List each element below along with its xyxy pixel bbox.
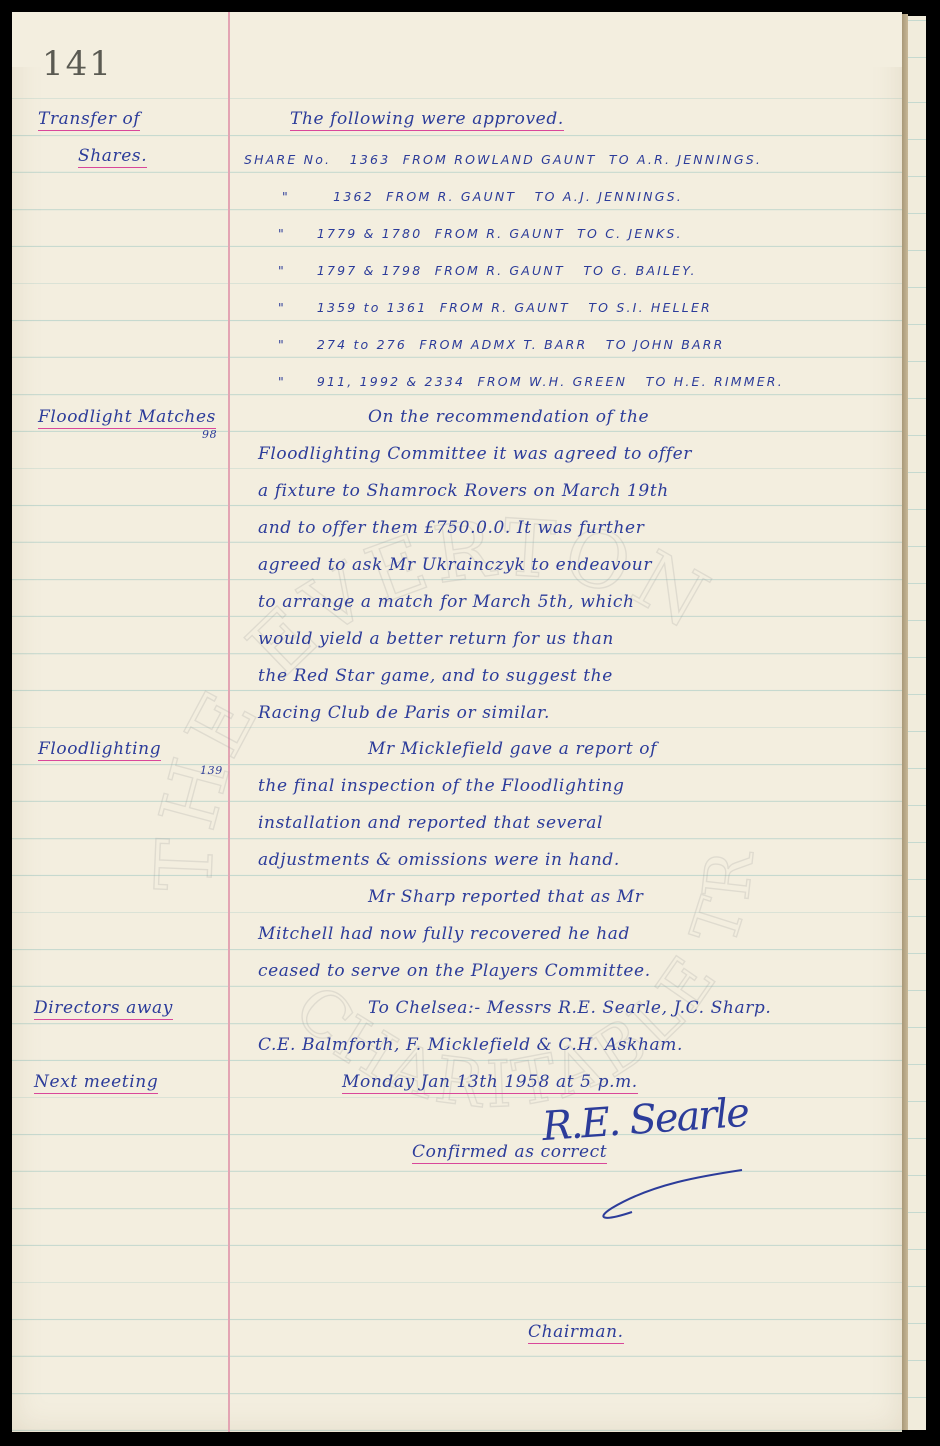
minute-text: and to offer them £750.0.0. It was furth… bbox=[258, 518, 644, 538]
minute-text: would yield a better return for us than bbox=[258, 629, 614, 649]
margin-heading-directors-away: Directors away bbox=[34, 998, 173, 1020]
margin-rule bbox=[228, 12, 230, 1432]
margin-heading-transfer: Transfer of bbox=[38, 109, 140, 131]
next-meeting-date: Monday Jan 13th 1958 at 5 p.m. bbox=[342, 1072, 638, 1094]
transfer-row: " 274 to 276 FROM ADMX T. BARR TO JOHN B… bbox=[278, 337, 725, 352]
minute-text: to arrange a match for March 5th, which bbox=[258, 592, 635, 612]
minute-text: agreed to ask Mr Ukrainczyk to endeavour bbox=[258, 555, 652, 575]
transfer-row: " 1779 & 1780 FROM R. GAUNT TO C. JENKS. bbox=[278, 226, 683, 241]
transfer-row: " 911, 1992 & 2334 FROM W.H. GREEN TO H.… bbox=[278, 374, 784, 389]
signature-flourish bbox=[592, 1162, 752, 1222]
minute-text: installation and reported that several bbox=[258, 813, 603, 833]
margin-ref-98: 98 bbox=[202, 428, 217, 441]
minute-text: To Chelsea:- Messrs R.E. Searle, J.C. Sh… bbox=[368, 998, 771, 1018]
ledger-page: 141 THE EVERTON COLLECTION CHARITABLE TR… bbox=[12, 12, 902, 1432]
transfer-row: SHARE No. 1363 FROM ROWLAND GAUNT TO A.R… bbox=[244, 152, 762, 167]
minute-text: Mr Sharp reported that as Mr bbox=[368, 887, 643, 907]
minute-text: ceased to serve on the Players Committee… bbox=[258, 961, 651, 981]
minute-text: C.E. Balmforth, F. Micklefield & C.H. As… bbox=[258, 1035, 683, 1055]
minute-text: On the recommendation of the bbox=[368, 407, 649, 427]
transfer-row: " 1797 & 1798 FROM R. GAUNT TO G. BAILEY… bbox=[278, 263, 697, 278]
minute-text: Racing Club de Paris or similar. bbox=[258, 703, 550, 723]
margin-heading-next-meeting: Next meeting bbox=[34, 1072, 158, 1094]
margin-heading-floodlight-matches: Floodlight Matches bbox=[38, 407, 216, 429]
minute-text: a fixture to Shamrock Rovers on March 19… bbox=[258, 481, 669, 501]
minute-text: the final inspection of the Floodlightin… bbox=[258, 776, 625, 796]
minute-text: the Red Star game, and to suggest the bbox=[258, 666, 613, 686]
transfer-row: " 1359 to 1361 FROM R. GAUNT TO S.I. HEL… bbox=[278, 300, 712, 315]
minute-text: Mr Micklefield gave a report of bbox=[368, 739, 657, 759]
transfers-intro: The following were approved. bbox=[290, 109, 564, 131]
minute-text: Floodlighting Committee it was agreed to… bbox=[258, 444, 692, 464]
chairman-signature: R.E. Searle bbox=[541, 1090, 750, 1150]
minute-text: Mitchell had now fully recovered he had bbox=[258, 924, 630, 944]
chairman-label: Chairman. bbox=[528, 1322, 624, 1344]
transfer-row: " 1362 FROM R. GAUNT TO A.J. JENNINGS. bbox=[282, 189, 683, 204]
margin-heading-shares: Shares. bbox=[78, 146, 147, 168]
minute-text: adjustments & omissions were in hand. bbox=[258, 850, 620, 870]
facing-page-edge bbox=[908, 16, 926, 1430]
page-number: 141 bbox=[42, 44, 113, 84]
margin-heading-floodlighting: Floodlighting bbox=[38, 739, 161, 761]
margin-ref-139: 139 bbox=[200, 764, 223, 777]
